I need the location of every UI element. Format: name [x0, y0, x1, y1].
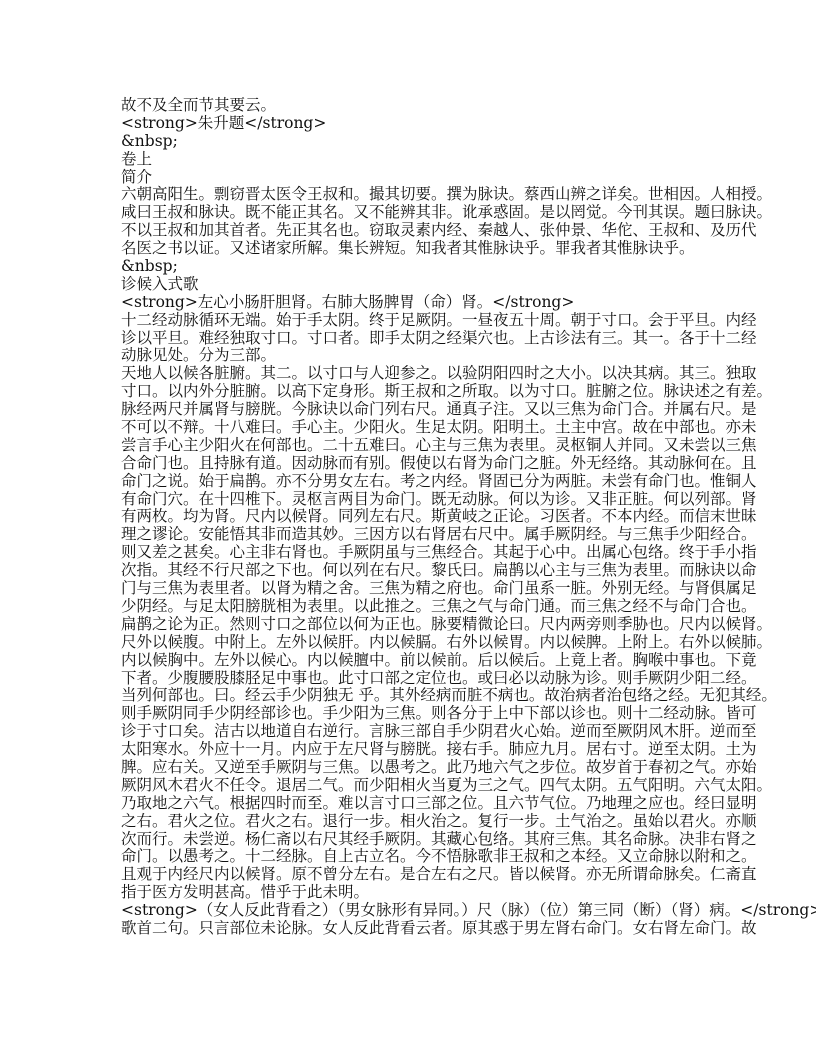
text-line: 合命门也。且持脉有道。因动脉而有别。假使以右肾为命门之脏。外无经络。其动脉何在。…	[121, 455, 701, 473]
text-line: 扁鹊之论为正。然则寸口之部位以何为正也。脉要精微论曰。尺内两旁则季胁也。尺内以候…	[121, 616, 701, 634]
text-line: 厥阴风木君火不任令。退居二气。而少阳相火当夏为三之气。四气太阴。五气阳明。六气太…	[121, 777, 701, 795]
text-line: 门与三焦为表里者。以肾为精之舍。三焦为精之府也。命门虽系一脏。外别无经。与肾俱属…	[121, 580, 701, 598]
verse-line: <strong>左心小肠肝胆肾。右肺大肠脾胃（命）肾。</strong>	[121, 294, 701, 312]
text-line: 不可以不辩。十八难曰。手心主。少阳火。生足太阴。阳明土。土主中宫。故在中部也。亦…	[121, 419, 701, 437]
text-line: 脉经两尺并属肾与膀胱。今脉诀以命门列右尺。通真子注。又以三焦为命门合。并属右尺。…	[121, 401, 701, 419]
volume-heading: 卷上	[121, 151, 701, 169]
text-line: 尺外以候腹。中附上。左外以候肝。内以候膈。右外以候胃。内以候脾。上附上。右外以候…	[121, 634, 701, 652]
document-body: 故不及全而节其要云。 <strong>朱升题</strong> &nbsp; 卷…	[121, 97, 701, 938]
text-line: 则又差之甚矣。心主非右肾也。手厥阴虽与三焦经合。其起于心中。出属心包络。终于手小…	[121, 544, 701, 562]
text-line: 且观于内经尺内以候肾。原不曾分左右。是合左右之尺。皆以候肾。亦无所谓命脉矣。仁斋…	[121, 866, 701, 884]
text-line: 有命门穴。在十四椎下。灵枢言两目为命门。既无动脉。何以为诊。又非正脏。何以列部。…	[121, 491, 701, 509]
text-line: 乃取地之六气。根据四时而至。难以言寸口三部之位。且六节气位。乃地理之应也。经曰显…	[121, 795, 701, 813]
text-line: 故不及全而节其要云。	[121, 97, 701, 115]
text-line: 咸曰王叔和脉诀。既不能正其名。又不能辨其非。讹承惑固。是以罔觉。今刊其误。题曰脉…	[121, 204, 701, 222]
text-line: 命门之说。始于扁鹊。亦不分男女左右。考之内经。肾固已分为两脏。未尝有命门也。惟铜…	[121, 473, 701, 491]
text-line: 名医之书以证。又述诸家所解。集长辨短。知我者其惟脉诀乎。罪我者其惟脉诀乎。	[121, 240, 701, 258]
text-line: 天地人以候各脏腑。其二。以寸口与人迎参之。以验阴阳四时之大小。以决其病。其三。独…	[121, 365, 701, 383]
text-line: 次而行。未尝逆。杨仁斋以右尺其经手厥阴。其藏心包络。其府三焦。其名命脉。决非右肾…	[121, 831, 701, 849]
nbsp-line: &nbsp;	[121, 258, 701, 276]
text-line: 不以王叔和加其首者。先正其名也。窃取灵素内经、秦越人、张仲景、华佗、王叔和、及历…	[121, 222, 701, 240]
text-line: 当列何部也。曰。经云手少阴独无 乎。其外经病而脏不病也。故治病者治包络之经。无犯…	[121, 687, 701, 705]
text-line: 尝言手心主少阳火在何部也。二十五难曰。心主与三焦为表里。灵枢铜人并同。又未尝以三…	[121, 437, 701, 455]
text-line: 诊于寸口矣。洁古以地道自右逆行。言脉三部自手少阴君火心始。逆而至厥阴风木肝。逆而…	[121, 723, 701, 741]
text-line: 十二经动脉循环无端。始于手太阴。终于足厥阴。一昼夜五十周。朝于寸口。会于平旦。内…	[121, 312, 701, 330]
text-line: 命门。以愚考之。十二经脉。自上古立名。今不悟脉歌非王叔和之本经。又立命脉以附和之…	[121, 848, 701, 866]
text-line: 诊以平旦。难经独取寸口。寸口者。即手太阴之经渠穴也。上古诊法有三。其一。各于十二…	[121, 330, 701, 348]
text-line: 指于医方发明甚高。惜乎于此未明。	[121, 884, 701, 902]
text-line: 寸口。以内外分脏腑。以高下定身形。斯王叔和之所取。以为寸口。脏腑之位。脉诀述之有…	[121, 383, 701, 401]
nbsp-line: &nbsp;	[121, 133, 701, 151]
text-line: 六朝高阳生。剽窃晋太医令王叔和。撮其切要。撰为脉诀。蔡西山辨之详矣。世相因。人相…	[121, 186, 701, 204]
text-line: 动脉见处。分为三部。	[121, 347, 701, 365]
text-line: 次指。其经不行尺部之下也。何以列在右尺。黎氏曰。扁鹊以心主与三焦为表里。而脉诀以…	[121, 562, 701, 580]
text-line: 之右。君火之位。君火之右。退行一步。相火治之。复行一步。土气治之。虽始以君火。亦…	[121, 813, 701, 831]
text-line: 歌首二句。只言部位未论脉。女人反此背看云者。原其惑于男左肾右命门。女右肾左命门。…	[121, 920, 701, 938]
section-heading: 诊候入式歌	[121, 276, 701, 294]
text-line: 理之谬论。安能悟其非而造其妙。三因方以右肾居右尺中。属手厥阴经。与三焦手少阳经合…	[121, 526, 701, 544]
text-line: 下者。少腹腰股膝胫足中事也。此寸口部之定位也。或曰必以动脉为诊。则手厥阴少阳二经…	[121, 670, 701, 688]
text-line: 太阳寒水。外应十一月。内应于左尺肾与膀胱。接右手。肺应九月。居右寸。逆至太阴。土…	[121, 741, 701, 759]
text-line: 少阴经。与足太阳膀胱相为表里。以此推之。三焦之气与命门通。而三焦之经不与命门合也…	[121, 598, 701, 616]
author-line: <strong>朱升题</strong>	[121, 115, 701, 133]
intro-heading: 简介	[121, 169, 701, 187]
text-line: 则手厥阴同手少阴经部诊也。手少阳为三焦。则各分于上中下部以诊也。则十二经动脉。皆…	[121, 705, 701, 723]
text-line: 脾。应右关。又逆至手厥阴与三焦。以愚考之。此乃地六气之步位。故岁首于春初之气。亦…	[121, 759, 701, 777]
text-line: 内以候胸中。左外以候心。内以候膻中。前以候前。后以候后。上竟上者。胸喉中事也。下…	[121, 652, 701, 670]
text-line: 有两枚。均为肾。尺内以候肾。同列左右尺。斯黄岐之正论。习医者。不本内经。而信末世…	[121, 508, 701, 526]
verse-line: <strong>（女人反此背看之）（男女脉形有异同。）尺（脉）（位）第三同（断）…	[121, 902, 701, 920]
